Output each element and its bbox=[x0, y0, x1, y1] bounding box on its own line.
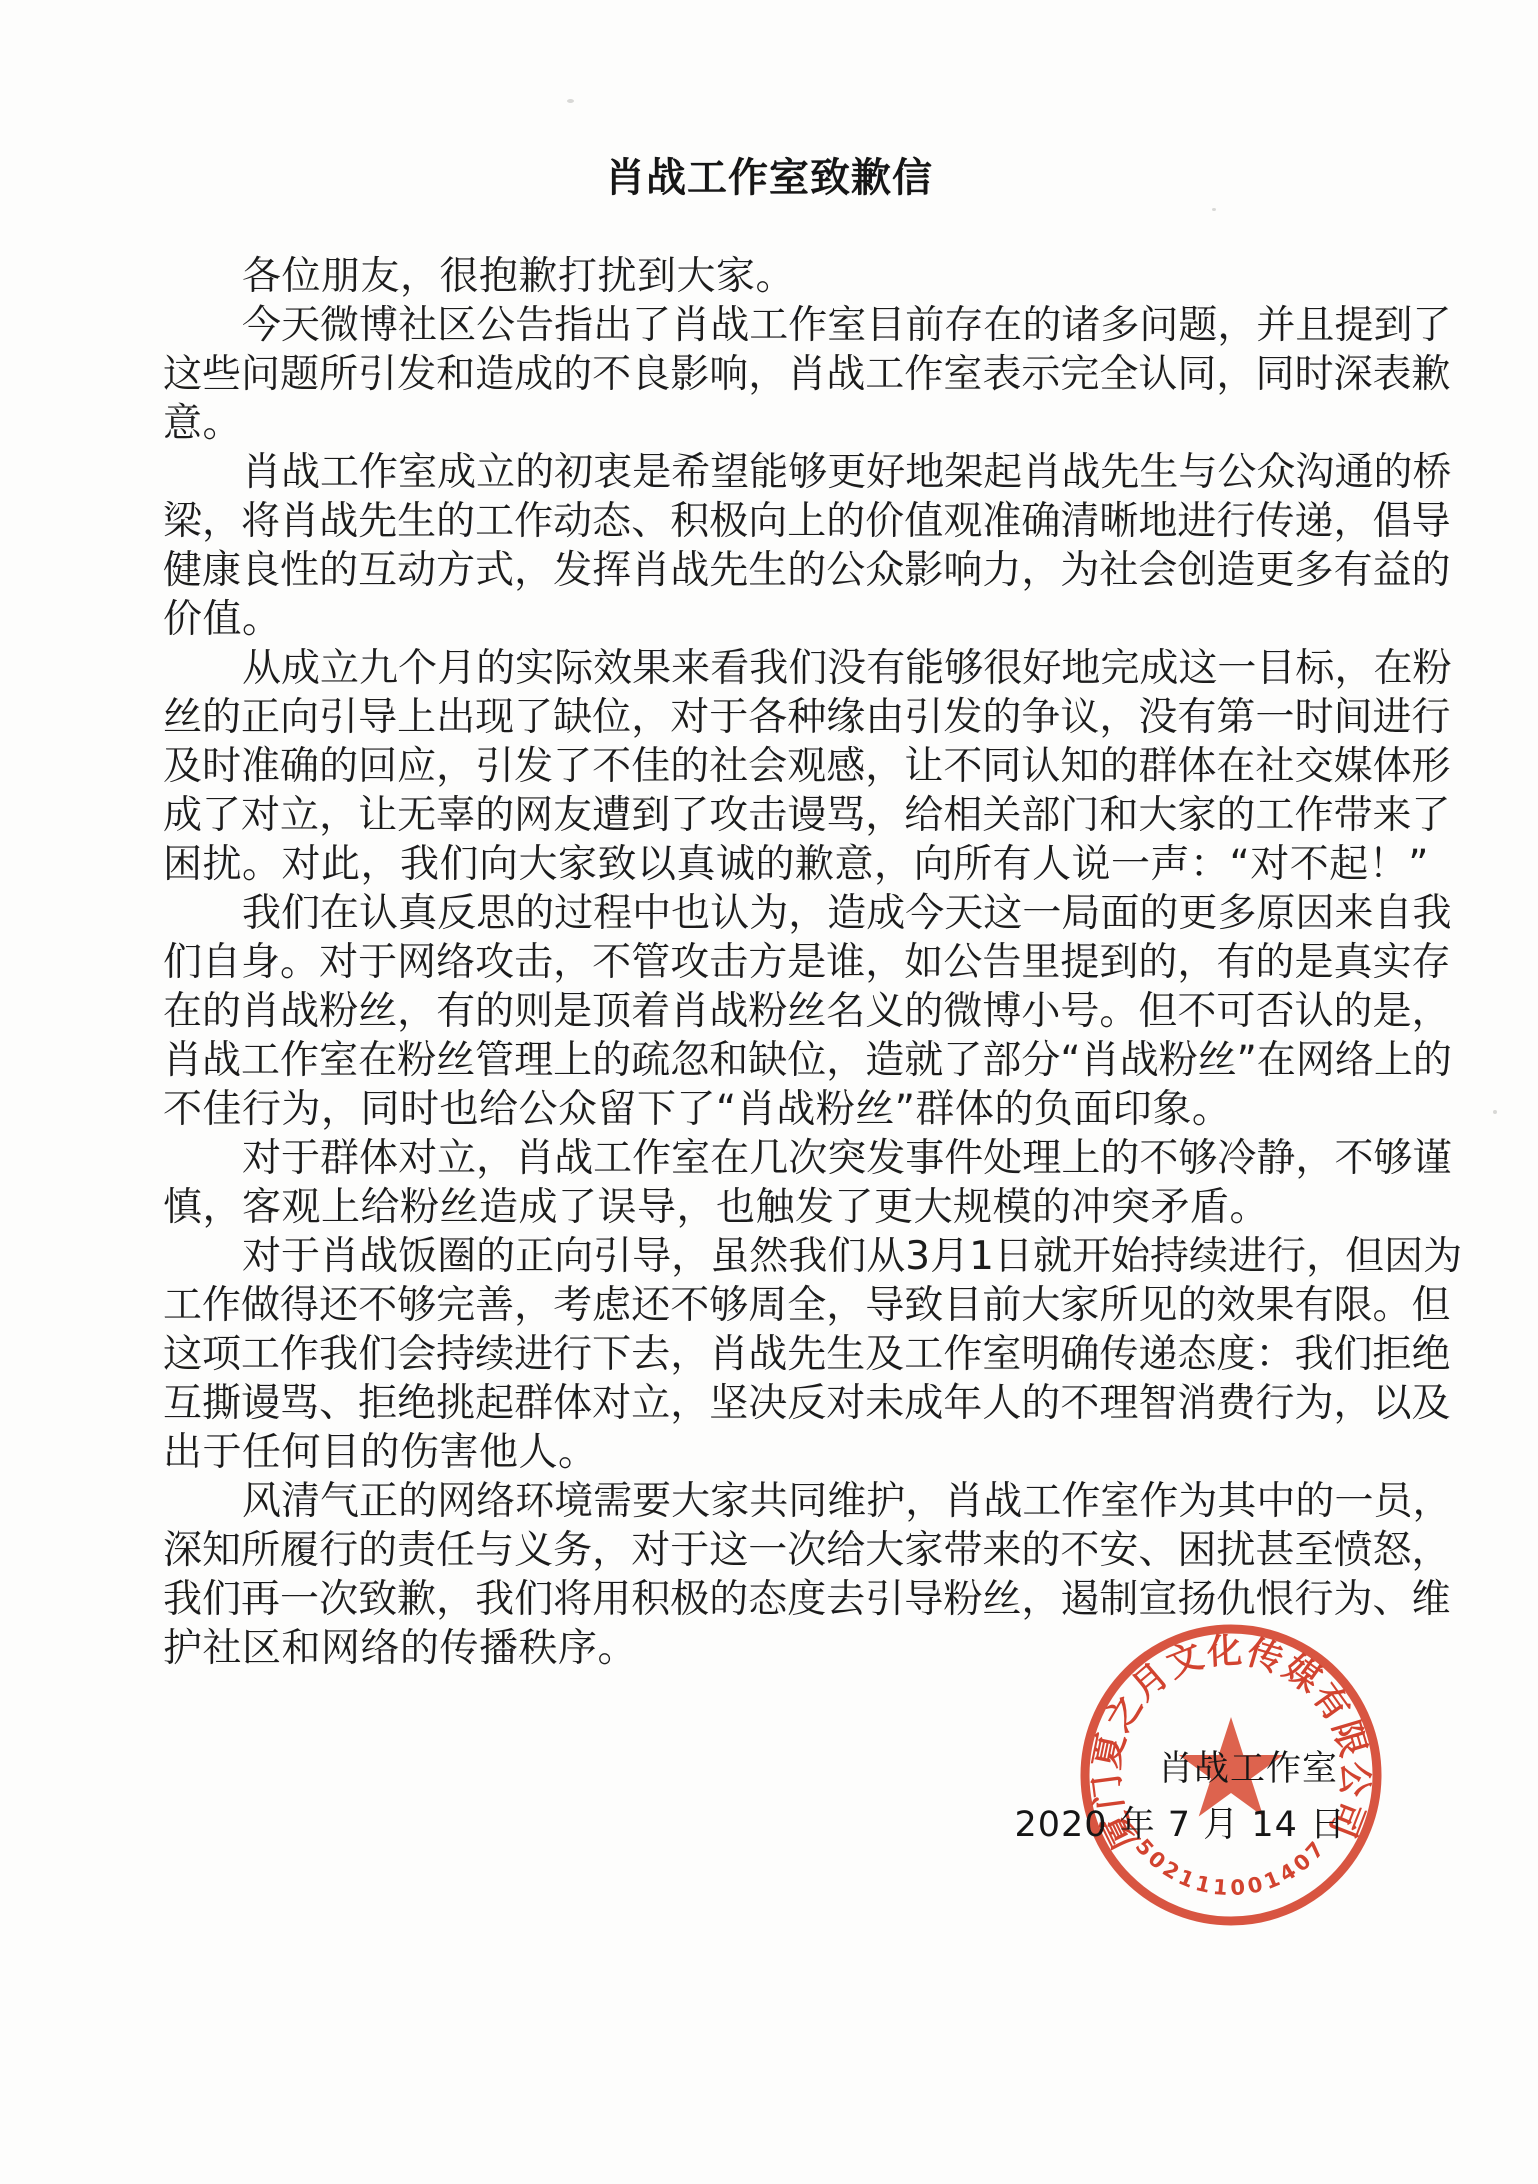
letter-line: 对于肖战饭圈的正向引导，虽然我们从3月1日就开始持续进行，但因为 bbox=[163, 1232, 1431, 1281]
letter-line: 工作做得还不够完善，考虑还不够周全，导致目前大家所见的效果有限。但 bbox=[163, 1281, 1431, 1330]
letter-line: 从成立九个月的实际效果来看我们没有能够很好地完成这一目标，在粉 bbox=[163, 644, 1431, 693]
letter-line: 健康良性的互动方式，发挥肖战先生的公众影响力，为社会创造更多有益的 bbox=[163, 546, 1431, 595]
letter-line: 肖战工作室成立的初衷是希望能够更好地架起肖战先生与公众沟通的桥 bbox=[163, 448, 1431, 497]
letter-body: 各位朋友，很抱歉打扰到大家。 今天微博社区公告指出了肖战工作室目前存在的诸多问题… bbox=[163, 252, 1431, 1673]
letter-line: 我们再一次致歉，我们将用积极的态度去引导粉丝，遏制宣扬仇恨行为、维 bbox=[163, 1575, 1431, 1624]
scan-speck bbox=[567, 99, 574, 103]
letter-line: 这些问题所引发和造成的不良影响，肖战工作室表示完全认同，同时深表歉 bbox=[163, 350, 1431, 399]
letter-line: 深知所履行的责任与义务，对于这一次给大家带来的不安、困扰甚至愤怒， bbox=[163, 1526, 1431, 1575]
letter-line: 今天微博社区公告指出了肖战工作室目前存在的诸多问题，并且提到了 bbox=[163, 301, 1431, 350]
letter-line: 成了对立，让无辜的网友遭到了攻击谩骂，给相关部门和大家的工作带来了 bbox=[163, 791, 1431, 840]
letter-line: 不佳行为，同时也给公众留下了“肖战粉丝”群体的负面印象。 bbox=[163, 1085, 1431, 1134]
letter-line: 及时准确的回应，引发了不佳的社会观感，让不同认知的群体在社交媒体形 bbox=[163, 742, 1431, 791]
scanned-letter-page: 肖战工作室致歉信 各位朋友，很抱歉打扰到大家。 今天微博社区公告指出了肖战工作室… bbox=[0, 0, 1538, 2184]
letter-line: 意。 bbox=[163, 399, 1431, 448]
signature-date: 2020 年 7 月 14 日 bbox=[1014, 1797, 1346, 1847]
letter-line: 风清气正的网络环境需要大家共同维护，肖战工作室作为其中的一员， bbox=[163, 1477, 1431, 1526]
letter-line: 困扰。对此，我们向大家致以真诚的歉意，向所有人说一声：“对不起！” bbox=[163, 840, 1431, 889]
letter-line: 我们在认真反思的过程中也认为，造成今天这一局面的更多原因来自我 bbox=[163, 889, 1431, 938]
letter-line: 各位朋友，很抱歉打扰到大家。 bbox=[163, 252, 1431, 301]
letter-line: 梁，将肖战先生的工作动态、积极向上的价值观准确清晰地进行传递，倡导 bbox=[163, 497, 1431, 546]
scan-speck bbox=[1212, 208, 1216, 211]
letter-line: 们自身。对于网络攻击，不管攻击方是谁，如公告里提到的，有的是真实存 bbox=[163, 938, 1431, 987]
letter-line: 出于任何目的伤害他人。 bbox=[163, 1428, 1431, 1477]
scan-speck bbox=[1493, 1110, 1497, 1114]
letter-line: 慎，客观上给粉丝造成了误导，也触发了更大规模的冲突矛盾。 bbox=[163, 1183, 1431, 1232]
letter-line: 在的肖战粉丝，有的则是顶着肖战粉丝名义的微博小号。但不可否认的是， bbox=[163, 987, 1431, 1036]
letter-line: 互撕谩骂、拒绝挑起群体对立，坚决反对未成年人的不理智消费行为，以及 bbox=[163, 1379, 1431, 1428]
signature-name: 肖战工作室 bbox=[1158, 1741, 1338, 1791]
letter-line: 价值。 bbox=[163, 595, 1431, 644]
letter-line: 对于群体对立，肖战工作室在几次突发事件处理上的不够冷静，不够谨 bbox=[163, 1134, 1431, 1183]
letter-title: 肖战工作室致歉信 bbox=[0, 146, 1538, 203]
letter-line: 肖战工作室在粉丝管理上的疏忽和缺位，造就了部分“肖战粉丝”在网络上的 bbox=[163, 1036, 1431, 1085]
letter-line: 丝的正向引导上出现了缺位，对于各种缘由引发的争议，没有第一时间进行 bbox=[163, 693, 1431, 742]
letter-line: 这项工作我们会持续进行下去，肖战先生及工作室明确传递态度：我们拒绝 bbox=[163, 1330, 1431, 1379]
